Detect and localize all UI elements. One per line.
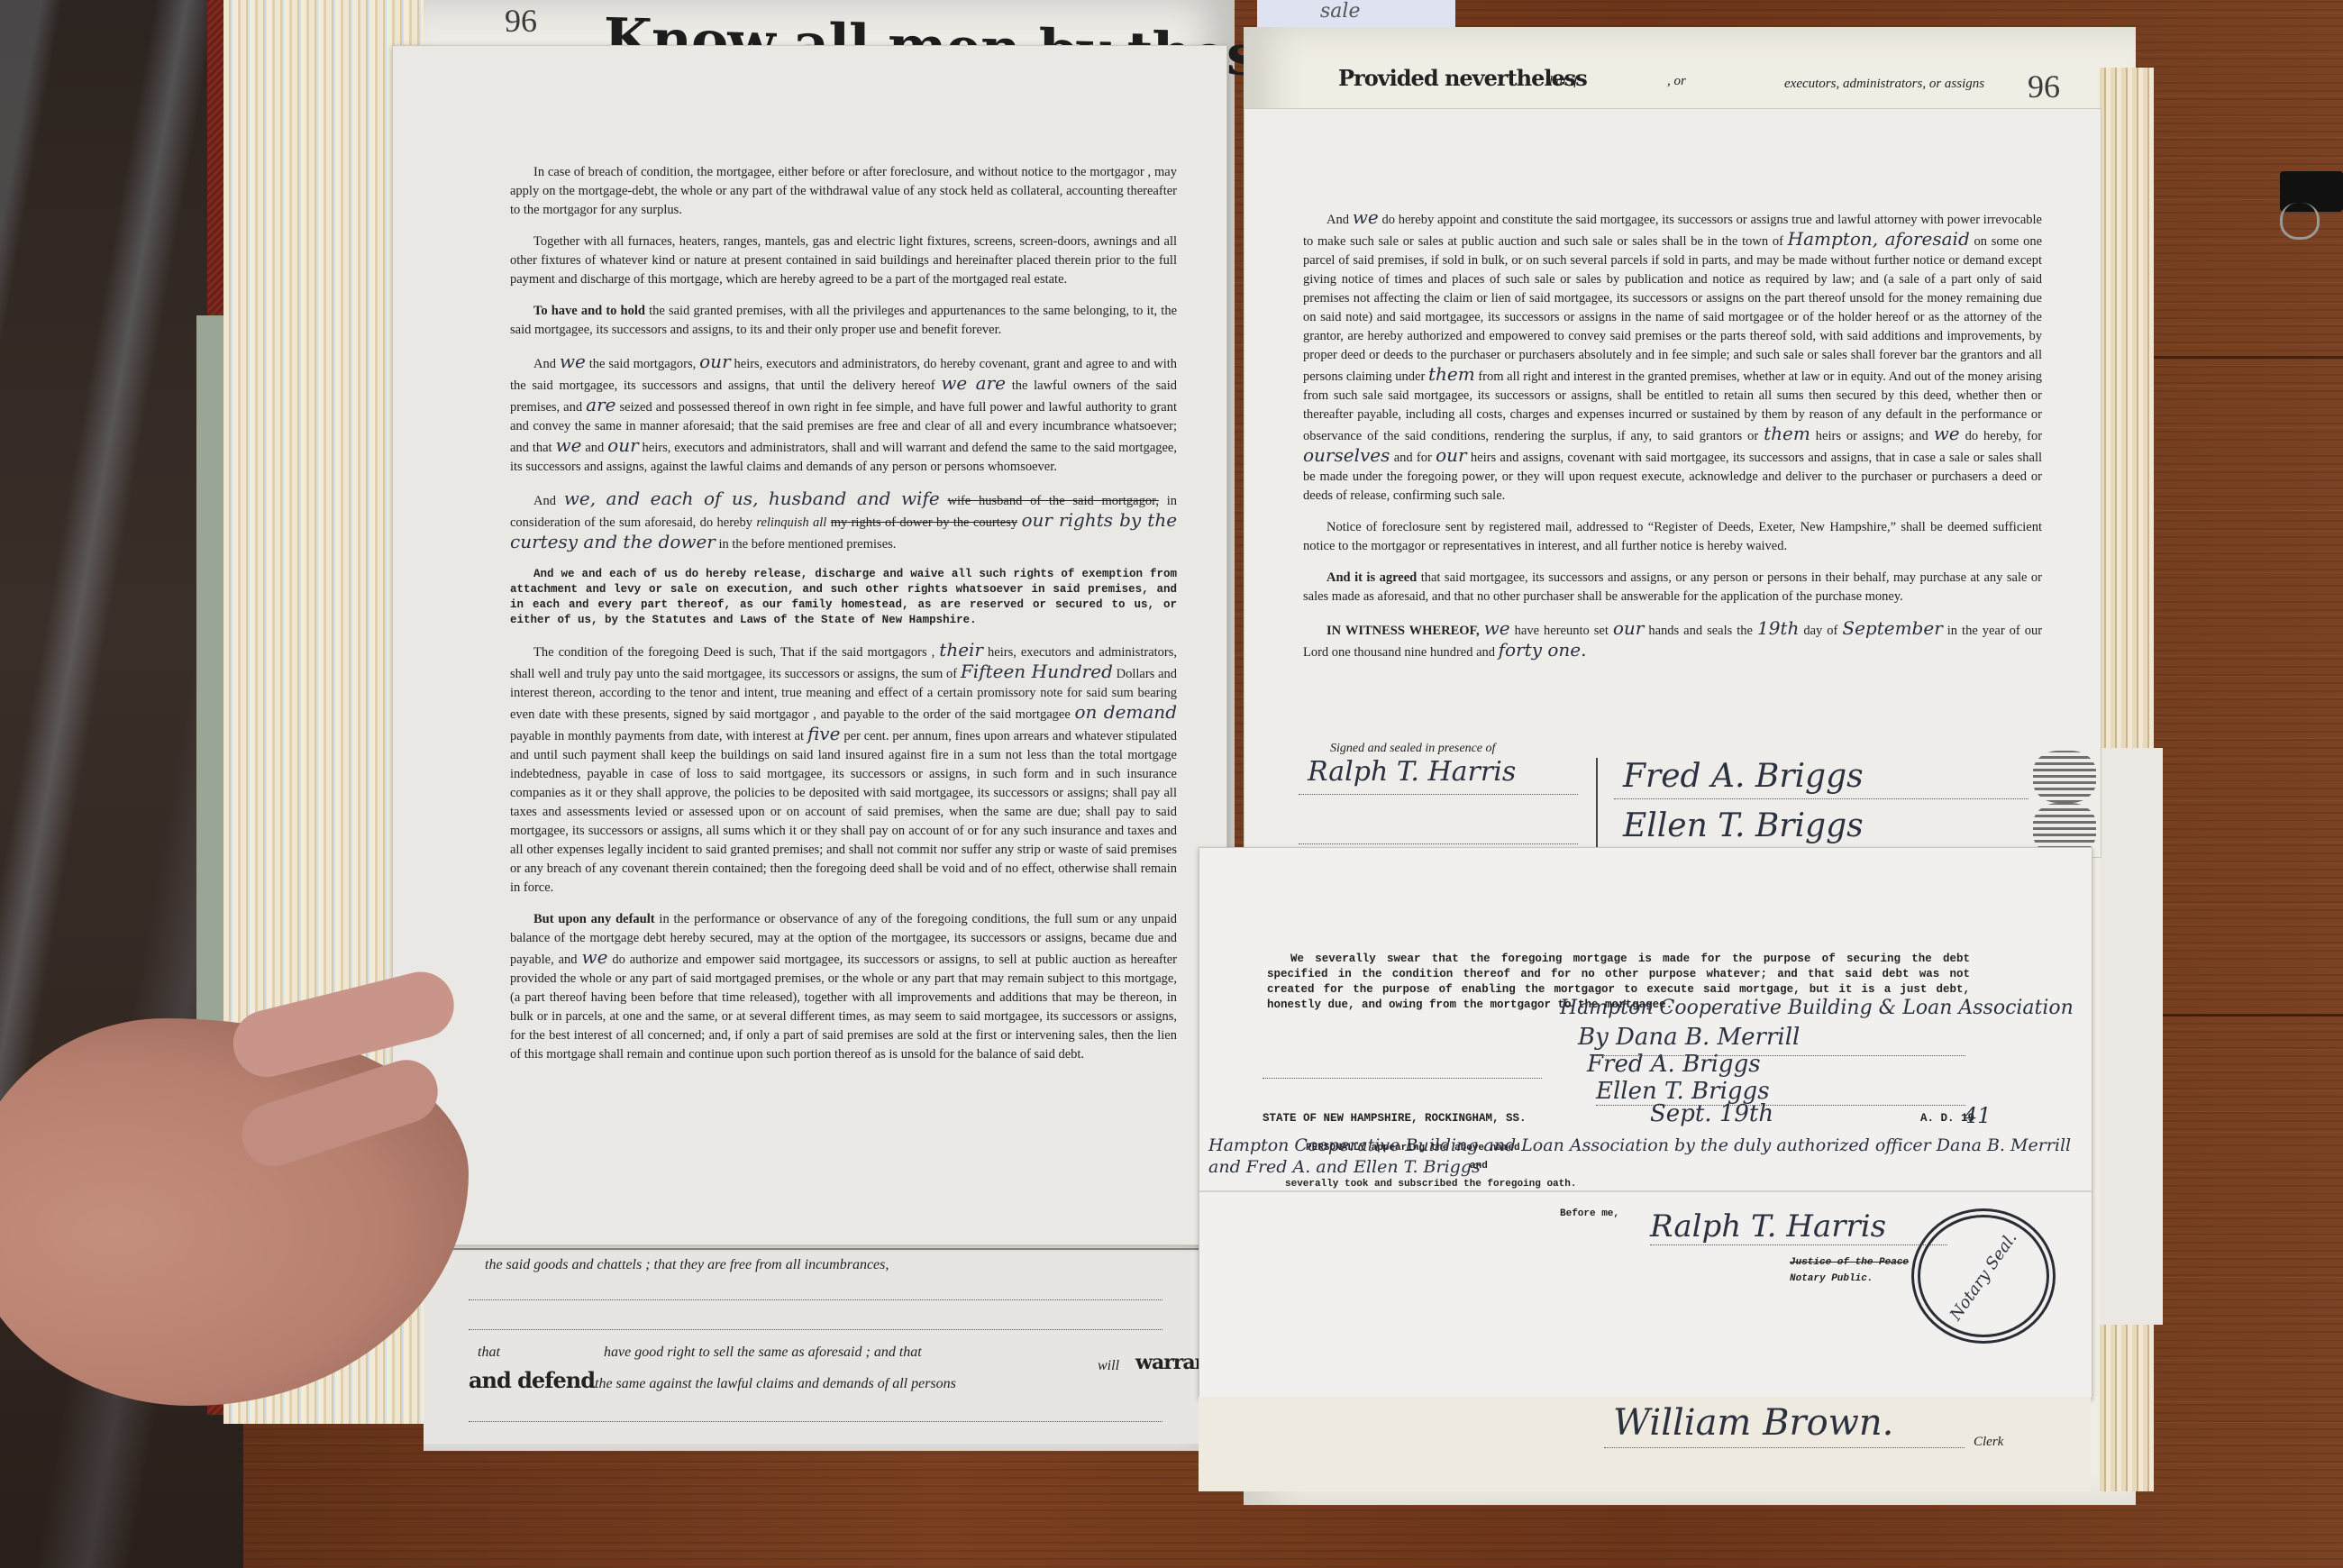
notary-seal-text: Notary Seal. — [1946, 1228, 2021, 1324]
witness-text: have hereunto set — [1515, 624, 1609, 638]
default-lead: But upon any default — [533, 912, 655, 926]
state-line: STATE OF NEW HAMPSHIRE, ROCKINGHAM, SS. — [1263, 1111, 1527, 1126]
para-relinquish: And we, and each of us, husband and wife… — [510, 489, 1177, 554]
binder-clip-wire — [2280, 203, 2320, 240]
struck-text: wife husband of the said mortgagor, — [947, 494, 1159, 508]
signature-line — [1650, 1244, 1947, 1245]
form-line-goods: the said goods and chattels ; that they … — [485, 1257, 889, 1273]
notary-seal-icon: Notary Seal. — [1911, 1208, 2056, 1344]
witness-text: day of — [1803, 624, 1837, 638]
power-text: do hereby appoint and constitute the sai… — [1381, 213, 1788, 227]
right-mortgage-form: And we do hereby appoint and constitute … — [1244, 108, 2101, 858]
handwritten-entry: we — [1934, 423, 1960, 444]
para-agreed: And it is agreed that said mortgagee, it… — [1303, 569, 2042, 606]
condition-text: payable — [510, 729, 551, 743]
right-page-number: 96 — [2028, 68, 2060, 105]
handwritten-entry: them — [1764, 423, 1810, 444]
handwritten-entry: we, and each of us, husband and wife — [564, 488, 940, 509]
handwritten-entry: our — [1436, 444, 1466, 466]
paper-strip — [2100, 748, 2163, 1325]
handwritten-entry: we — [555, 434, 581, 456]
form-line-will: will — [1098, 1358, 1119, 1374]
notary-signature: Ralph T. Harris — [1650, 1208, 1886, 1244]
header-executors: executors, administrators, or assigns — [1784, 77, 1984, 92]
header-or: , or — [1667, 74, 1686, 89]
handwritten-date: Sept. 19th — [1650, 1100, 1773, 1127]
power-of-sale: And we do hereby appoint and constitute … — [1303, 208, 2042, 675]
clerk-signature: William Brown. — [1613, 1402, 1893, 1444]
clerk-label: Clerk — [1974, 1435, 2003, 1450]
handwritten-entry: our — [1613, 617, 1644, 639]
form-line-lawful-claims: the same against the lawful claims and d… — [595, 1376, 956, 1392]
mortgagor-signature-2: Ellen T. Briggs — [1623, 807, 1864, 844]
witness-lead: IN WITNESS WHEREOF, — [1326, 624, 1480, 638]
signature-line — [1596, 1055, 1965, 1056]
relinquish-text: And — [533, 494, 556, 508]
condition-text: and until such payment shall keep the bu… — [510, 748, 1177, 895]
covenant-text: and — [585, 441, 604, 455]
handwritten-entry: we are — [941, 372, 1006, 394]
power-text: on some one parcel of said premises, if … — [1303, 234, 2042, 384]
power-text: And — [1326, 213, 1349, 227]
default-text: do authorize and empower said mortgagee,… — [510, 953, 1177, 1062]
handwritten-year: forty one. — [1499, 639, 1587, 661]
handwritten-ad-year: 41 — [1964, 1103, 1992, 1128]
para-power-of-sale: And we do hereby appoint and constitute … — [1303, 208, 2042, 506]
para-witness: IN WITNESS WHEREOF, we have hereunto set… — [1303, 619, 2042, 662]
justice-of-peace-struck: Justice of the Peace — [1790, 1255, 1909, 1271]
witness-text: hands and seals the — [1648, 624, 1753, 638]
signature-line — [1263, 1078, 1542, 1079]
para-default: But upon any default in the performance … — [510, 910, 1177, 1064]
handwritten-entry: our — [607, 434, 638, 456]
handwritten-entry: we — [1484, 617, 1510, 639]
handwritten-month: September — [1842, 617, 1942, 639]
signature-line — [1614, 798, 2028, 799]
para-covenant: And we the said mortgagors, our heirs, e… — [510, 352, 1177, 477]
agreed-lead: And it is agreed — [1326, 570, 1417, 585]
handwritten-rate: five — [807, 723, 840, 744]
witness-signature: Ralph T. Harris — [1308, 756, 1516, 788]
para-condition: The condition of the foregoing Deed is s… — [510, 641, 1177, 898]
para-habendum: To have and to hold the said granted pre… — [510, 302, 1177, 340]
oath-sheet: We severally swear that the foregoing mo… — [1199, 847, 2092, 1399]
power-text: do hereby, for — [1965, 429, 2042, 443]
subscribed-oath: severally took and subscribed the forego… — [1285, 1177, 1576, 1192]
signature-line — [1604, 1447, 1965, 1448]
handwritten-entry: we — [560, 351, 586, 372]
condition-text: in monthly payments from date, with inte… — [554, 729, 804, 743]
header-that-if: that if — [1545, 74, 1577, 89]
before-me: Before me, — [1560, 1207, 1619, 1222]
signature-line — [1299, 843, 1578, 844]
personally-handwriting: Hampton Cooperative Building and Loan As… — [1208, 1135, 2074, 1178]
handwritten-entry: our — [699, 351, 730, 372]
condition-text: per cent. per annum, — [843, 729, 951, 743]
dotted-line — [469, 1329, 1162, 1330]
underlying-chattel-form: the said goods and chattels ; that they … — [424, 1248, 1199, 1444]
para-homestead: And we and each of us do hereby release,… — [510, 567, 1177, 628]
handwritten-entry: are — [586, 394, 615, 415]
left-form-body: In case of breach of condition, the mort… — [510, 163, 1177, 1077]
clerk-attestation: William Brown. Clerk — [1199, 1397, 2091, 1491]
mortgagor-signature-1: Fred A. Briggs — [1623, 758, 1864, 795]
handwritten-town: Hampton, aforesaid — [1788, 228, 1970, 250]
relinquish-italic: relinquish all — [756, 515, 826, 530]
handwritten-entry: on demand — [1074, 701, 1177, 723]
handwritten-entry: we — [1353, 206, 1379, 228]
handwritten-entry: them — [1428, 363, 1475, 385]
power-text: heirs or assigns; and — [1816, 429, 1928, 443]
form-defend-gothic: and defend — [469, 1367, 595, 1393]
signature-line — [1299, 794, 1578, 795]
covenant-text: the said mortgagors, — [589, 357, 697, 371]
habendum-lead: To have and to hold — [533, 304, 645, 318]
signed-sealed-label: Signed and sealed in presence of — [1330, 742, 1495, 756]
form-line-good-right: have good right to sell the same as afor… — [604, 1345, 922, 1361]
covenant-text: And — [533, 357, 556, 371]
handwritten-day: 19th — [1757, 617, 1799, 639]
condition-text: fines upon arrears and whatever stipulat… — [955, 729, 1177, 743]
oath-signature-1: By Dana B. Merrill — [1578, 1024, 1800, 1051]
left-mortgage-form: In case of breach of condition, the mort… — [392, 45, 1227, 1245]
handwritten-entry: we — [581, 946, 607, 968]
condition-text: The condition of the foregoing Deed is s… — [533, 645, 934, 660]
relinquish-text: in the before mentioned premises. — [719, 537, 897, 552]
struck-text: my rights of dower by the courtesy — [831, 515, 1017, 530]
dotted-line — [469, 1421, 1162, 1422]
association-handwriting: Hampton Cooperative Building & Loan Asso… — [1560, 997, 2074, 1019]
form-line-that: that — [478, 1345, 500, 1361]
power-text: and for — [1394, 451, 1432, 465]
dotted-line — [469, 1299, 1162, 1300]
and-label: and — [1470, 1159, 1488, 1174]
left-page-number: 96 — [505, 2, 537, 40]
para-breach: In case of breach of condition, the mort… — [510, 163, 1177, 220]
para-notice: Notice of foreclosure sent by registered… — [1303, 518, 2042, 556]
handwritten-amount: Fifteen Hundred — [961, 661, 1113, 682]
handwritten-entry: their — [939, 639, 983, 661]
sale-tab[interactable]: sale — [1257, 0, 1455, 29]
para-fixtures: Together with all furnaces, heaters, ran… — [510, 232, 1177, 289]
seal-scribble — [2033, 751, 2096, 803]
notary-public-label: Notary Public. — [1790, 1272, 1873, 1287]
handwritten-entry: ourselves — [1303, 444, 1390, 466]
signature-bracket — [1596, 758, 1598, 857]
